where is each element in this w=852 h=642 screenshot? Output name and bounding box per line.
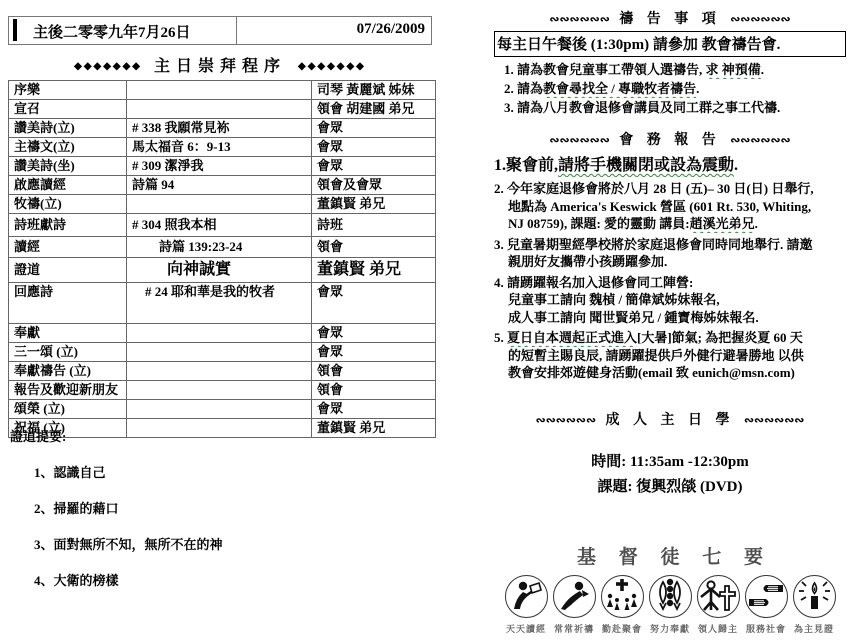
essential-attend-meetings: 勤赴聚會 [599, 575, 645, 635]
worship-detail-cell [127, 324, 312, 343]
worship-item-cell: 頌榮 (立) [9, 400, 127, 419]
announcement-line: 親朋好友攜帶小孩踴躍參加. [508, 253, 846, 271]
worship-leader-cell: 董鎮賢 弟兄 [312, 419, 436, 438]
worship-order-title-row: ◆◆◆◆◆◆◆ 主日崇拜程序 ◆◆◆◆◆◆◆ [8, 53, 432, 76]
worship-leader-cell: 會眾 [312, 157, 436, 176]
announcements-section-header: ∾∾∾∾∾∾ 會 務 報 告 ∾∾∾∾∾∾ [494, 129, 846, 149]
prayer-items-list: 1. 請為教會兒童事工帶領人選禱告, 求 神預備. 2. 請為教會尋找全 / 專… [504, 60, 846, 117]
worship-detail-cell [127, 100, 312, 119]
list-item: 3. 請為八月教會退修會講員及同工群之事工代禱. [504, 98, 846, 117]
icon-label: 領人歸主 [695, 622, 741, 635]
announcement-item-5: 5. 夏日自本週起正式進入[大暑]節氣; 為把握炎夏 60 天 的短暫主賜良辰,… [494, 329, 846, 382]
announcement-line: 兒童事工請向 魏楨 / 簡偉斌姊妹報名, [508, 291, 846, 309]
list-item: 2. 請為教會尋找全 / 專職牧者禱告. [504, 79, 846, 98]
ornament-right: ∾∾∾∾∾∾ [744, 413, 804, 427]
worship-detail-cell: # 309 潔淨我 [127, 157, 312, 176]
announcement-text: 5. [494, 330, 507, 345]
worship-item-cell: 三一頌 (立) [9, 343, 127, 362]
announcement-text: . [734, 157, 738, 174]
prayer-item-text: 1. 請為教會兒童事工帶領人選禱告, [504, 62, 706, 77]
worship-leader-cell: 會眾 [312, 119, 436, 138]
announcement-line: 教會安排郊遊健身活動(email 致 eunich@msn.com) [508, 364, 846, 382]
pray-icon [553, 575, 596, 618]
prayer-item-text: 2. 請為 [504, 81, 543, 96]
table-row: 啟應讀經詩篇 94領會及會眾 [9, 176, 436, 195]
announcement-underlined: 夏日自本週起正式進入 [507, 330, 637, 345]
sunday-school-topic: 課題: 復興烈燄 (DVD) [494, 475, 846, 496]
date-chinese: 主後二零零九年7月26日 [33, 25, 191, 41]
essential-serve-society: 服務社會 [743, 575, 789, 635]
list-item: 1. 請為教會兒童事工帶領人選禱告, 求 神預備. [504, 60, 846, 79]
date-cell-english: 07/26/2009 [237, 17, 431, 44]
read-bible-icon [505, 575, 548, 618]
announcement-line: 5. 夏日自本週起正式進入[大暑]節氣; 為把握炎夏 60 天 [494, 329, 846, 347]
worship-item-cell: 讚美詩(立) [9, 119, 127, 138]
worship-item-cell: 主禱文(立) [9, 138, 127, 157]
prayer-item-text: . [696, 81, 699, 96]
worship-detail-cell: 馬太福音 6：9-13 [127, 138, 312, 157]
table-row: 頌榮 (立)會眾 [9, 400, 436, 419]
worship-item-cell: 啟應讀經 [9, 176, 127, 195]
serve-society-icon [745, 575, 788, 618]
announcement-line: 成人事工請向 聞世賢弟兄 / 鍾寶梅姊妹報名. [508, 309, 846, 327]
table-row: 奉獻禱告 (立)領會 [9, 362, 436, 381]
worship-leader-cell: 領會 [312, 381, 436, 400]
announcement-underlined: 趙溪光弟兄 [690, 216, 755, 231]
worship-detail-cell [127, 81, 312, 100]
ornament-right: ∾∾∾∾∾∾ [730, 12, 790, 26]
witness-candle-icon [793, 575, 836, 618]
worship-order-title: 主日崇拜程序 [146, 58, 294, 75]
worship-item-cell: 序樂 [9, 81, 127, 100]
prayer-item-text: . [761, 62, 764, 77]
worship-item-cell: 牧禱(立) [9, 195, 127, 214]
worship-leader-cell: 領會及會眾 [312, 176, 436, 195]
worship-leader-cell: 會眾 [312, 138, 436, 157]
icon-label: 天天讀經 [503, 622, 549, 635]
table-row: 回應詩# 24 耶和華是我的牧者會眾 [9, 283, 436, 324]
icon-label: 常常祈禱 [551, 622, 597, 635]
worship-detail-cell [127, 343, 312, 362]
table-row: 讀經詩篇 139:23-24領會 [9, 237, 436, 258]
prayer-item-text: 3. 請為八月教會退修會講員及同工群之事工代禱. [504, 100, 780, 115]
seven-essentials-title: 基 督 徒 七 要 [494, 542, 846, 569]
worship-detail-cell: # 24 耶和華是我的牧者 [127, 283, 312, 324]
worship-detail-cell [127, 362, 312, 381]
sermon-point: 1、認識自己 [34, 462, 223, 481]
seven-essentials-icons: 天天讀經 常常祈禱 [494, 575, 846, 635]
date-english: 07/26/2009 [357, 21, 425, 37]
worship-detail-cell: # 304 照我本相 [127, 214, 312, 237]
sermon-point: 3、面對無所不知，無所不在的神 [34, 534, 223, 553]
give-offering-icon [649, 575, 692, 618]
icon-label: 勤赴聚會 [599, 622, 645, 635]
announcement-item-4: 4. 請踴躍報名加入退修會同工陣營: 兒童事工請向 魏楨 / 簡偉斌姊妹報名, … [494, 274, 846, 327]
ornament-left: ∾∾∾∾∾∾ [549, 12, 609, 26]
announcement-item-1: 1.聚會前,請將手機關閉或設為震動. [494, 154, 846, 177]
worship-order-table: 序樂司琴 黃麗斌 姊妹 宣召領會 胡建國 弟兄 讚美詩(立)# 338 我願常見… [8, 80, 436, 438]
worship-item-cell: 證道 [9, 258, 127, 283]
sermon-point: 4、大衛的榜樣 [34, 570, 223, 589]
sermon-point: 2、掃羅的藉口 [34, 498, 223, 517]
prayer-section-header: ∾∾∾∾∾∾ 禱 告 事 項 ∾∾∾∾∾∾ [494, 8, 846, 28]
table-row: 詩班獻詩# 304 照我本相詩班 [9, 214, 436, 237]
prayer-meeting-banner-text: 每主日午餐後 (1:30pm) 請參加 教會禱告會. [497, 37, 780, 53]
scan-artifact-bar [13, 19, 17, 41]
sunday-school-time: 時間: 11:35am -12:30pm [494, 450, 846, 471]
essential-read-bible: 天天讀經 [503, 575, 549, 635]
ornament-left: ∾∾∾∾∾∾ [549, 133, 609, 147]
table-row: 宣召領會 胡建國 弟兄 [9, 100, 436, 119]
icon-label: 服務社會 [743, 622, 789, 635]
announcement-line: 4. 請踴躍報名加入退修會同工陣營: [494, 274, 846, 292]
ornament-right: ∾∾∾∾∾∾ [730, 133, 790, 147]
ornament-left: ∾∾∾∾∾∾ [536, 413, 596, 427]
attend-meetings-icon [601, 575, 644, 618]
worship-leader-cell: 董鎮賢 弟兄 [312, 195, 436, 214]
announcement-line: 地點為 America's Keswick 營區 (601 Rt. 530, W… [508, 198, 846, 216]
worship-item-cell: 宣召 [9, 100, 127, 119]
prayer-item-underlined: 求 神預備 [706, 62, 761, 77]
worship-detail-cell [127, 381, 312, 400]
sunday-school-section-header: ∾∾∾∾∾∾ 成 人 主 日 學 ∾∾∾∾∾∾ [494, 409, 846, 429]
worship-leader-cell: 會眾 [312, 283, 436, 324]
worship-leader-cell: 領會 [312, 237, 436, 258]
worship-item-cell: 奉獻禱告 (立) [9, 362, 127, 381]
worship-leader-cell: 領會 胡建國 弟兄 [312, 100, 436, 119]
prayer-section-title: 禱 告 事 項 [613, 12, 727, 27]
announcement-line: 3. 兒童暑期聖經學校將於家庭退修會同時同地舉行. 請邀 [494, 236, 846, 254]
worship-leader-cell: 董鎮賢 弟兄 [312, 258, 436, 283]
sermon-outline: 證道提要: 1、認識自己 2、掃羅的藉口 3、面對無所不知，無所不在的神 4、大… [10, 426, 223, 589]
icon-label: 努力奉獻 [647, 622, 693, 635]
worship-detail-cell [127, 195, 312, 214]
worship-detail-cell: 向神誠實 [127, 258, 312, 283]
prayer-item-underlined: 教會尋找全 / 專職牧者禱告 [543, 81, 696, 96]
essential-witness: 為主見證 [791, 575, 837, 635]
essential-lead-to-christ: 領人歸主 [695, 575, 741, 635]
date-header-table: 主後二零零九年7月26日 07/26/2009 [8, 16, 432, 45]
worship-item-cell: 回應詩 [9, 283, 127, 324]
worship-item-cell: 奉獻 [9, 324, 127, 343]
lead-to-christ-icon [697, 575, 740, 618]
sunday-school-section-title: 成 人 主 日 學 [600, 413, 741, 428]
announcement-line: 的短暫主賜良辰, 請踴躍提供戶外健行避暑勝地 以供 [508, 347, 846, 365]
worship-item-cell: 讚美詩(坐) [9, 157, 127, 176]
announcement-line: NJ 08759), 課題: 愛的靈動 講員:趙溪光弟兄. [508, 215, 846, 233]
table-row: 讚美詩(坐)# 309 潔淨我會眾 [9, 157, 436, 176]
worship-leader-cell: 詩班 [312, 214, 436, 237]
worship-item-cell: 詩班獻詩 [9, 214, 127, 237]
worship-detail-cell [127, 400, 312, 419]
announcement-item-2: 2. 今年家庭退修會將於八月 28 日 (五)– 30 日(日) 日舉行, 地點… [494, 180, 846, 233]
table-row: 證道向神誠實董鎮賢 弟兄 [9, 258, 436, 283]
announcement-line: 2. 今年家庭退修會將於八月 28 日 (五)– 30 日(日) 日舉行, [494, 180, 846, 198]
announcement-text: NJ 08759), 課題: 愛的靈動 講員: [508, 216, 690, 231]
right-column: ∾∾∾∾∾∾ 禱 告 事 項 ∾∾∾∾∾∾ 每主日午餐後 (1:30pm) 請參… [494, 8, 846, 635]
date-cell-chinese: 主後二零零九年7月26日 [9, 17, 237, 44]
worship-detail-cell: # 338 我願常見袮 [127, 119, 312, 138]
bulletin-page: 主後二零零九年7月26日 07/26/2009 ◆◆◆◆◆◆◆ 主日崇拜程序 ◆… [0, 0, 852, 642]
essential-pray: 常常祈禱 [551, 575, 597, 635]
announcement-text: . [755, 216, 758, 231]
announcement-underlined: 請將手機關閉或設為震動 [558, 157, 734, 174]
worship-item-cell: 報告及歡迎新朋友 [9, 381, 127, 400]
ornament-left: ◆◆◆◆◆◆◆ [74, 61, 142, 72]
announcement-text: 1.聚會前, [494, 157, 558, 174]
table-row: 三一頌 (立)會眾 [9, 343, 436, 362]
worship-leader-cell: 司琴 黃麗斌 姊妹 [312, 81, 436, 100]
prayer-meeting-banner: 每主日午餐後 (1:30pm) 請參加 教會禱告會. [494, 31, 846, 57]
ornament-right: ◆◆◆◆◆◆◆ [298, 61, 366, 72]
announcements-section-title: 會 務 報 告 [613, 133, 727, 148]
icon-label: 為主見證 [791, 622, 837, 635]
worship-detail-cell: 詩篇 139:23-24 [127, 237, 312, 258]
announcement-text: [大暑]節氣; 為把握炎夏 60 天 [637, 330, 803, 345]
table-row: 奉獻會眾 [9, 324, 436, 343]
table-row: 主禱文(立)馬太福音 6：9-13會眾 [9, 138, 436, 157]
worship-leader-cell: 會眾 [312, 400, 436, 419]
table-row: 序樂司琴 黃麗斌 姊妹 [9, 81, 436, 100]
worship-leader-cell: 領會 [312, 362, 436, 381]
announcement-item-3: 3. 兒童暑期聖經學校將於家庭退修會同時同地舉行. 請邀 親朋好友攜帶小孩踴躍參… [494, 236, 846, 271]
worship-leader-cell: 會眾 [312, 324, 436, 343]
table-row: 報告及歡迎新朋友領會 [9, 381, 436, 400]
sermon-outline-title: 證道提要: [10, 426, 223, 445]
table-row: 讚美詩(立)# 338 我願常見袮會眾 [9, 119, 436, 138]
worship-leader-cell: 會眾 [312, 343, 436, 362]
worship-detail-cell: 詩篇 94 [127, 176, 312, 195]
seven-essentials-section: 基 督 徒 七 要 天天讀經 [494, 542, 846, 635]
essential-give: 努力奉獻 [647, 575, 693, 635]
worship-item-cell: 讀經 [9, 237, 127, 258]
table-row: 牧禱(立)董鎮賢 弟兄 [9, 195, 436, 214]
